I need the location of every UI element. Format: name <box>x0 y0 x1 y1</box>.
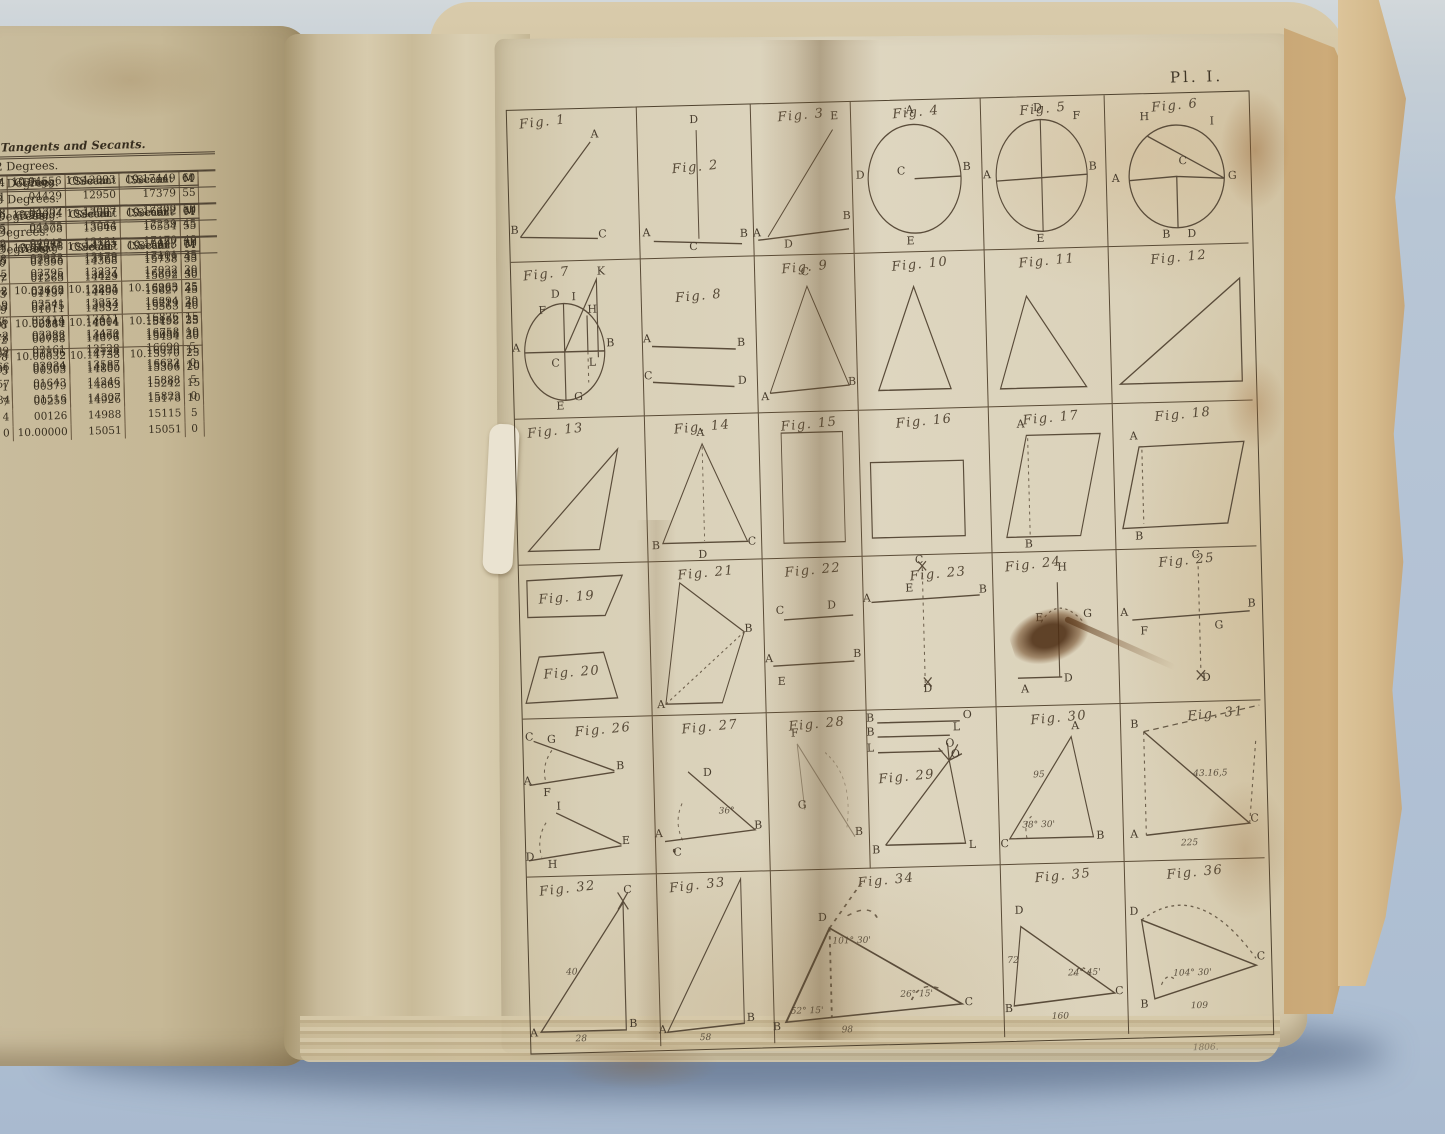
table-cell: 10 <box>185 391 204 407</box>
figure-cell-15: Fig. 15 <box>759 411 863 560</box>
figure-cell-19-20: Fig. 19Fig. 20 <box>519 562 653 719</box>
figure-cell-28: Fig. 28FGB <box>767 711 871 872</box>
fig-18-parallelogram-drawing <box>1113 400 1257 549</box>
table-cell: 15051 <box>126 422 186 439</box>
table-cell: 14614 <box>69 316 123 333</box>
fig-16-rectangle-drawing <box>859 407 992 555</box>
table-cell: 55 <box>181 252 200 268</box>
table-cell: 35 <box>183 314 202 330</box>
table-section-3deg: 3 Degrees. g.C. Tang.SecantC.SecantM 661… <box>0 187 217 225</box>
figure-cell-24: Fig. 24HEGAD <box>993 550 1121 707</box>
table-cell: 14863 <box>70 377 124 394</box>
table-cell: 00379 <box>12 378 70 395</box>
figure-cell-4: Fig. 4ADCBE <box>851 98 985 253</box>
table-cell: 25 <box>184 345 203 360</box>
table-cell: 14988 <box>71 408 125 425</box>
table-cell: 10.14738 <box>70 347 124 363</box>
torn-page-edge-outer <box>1338 0 1406 986</box>
fig-3-oblique-line-drawing <box>751 102 854 256</box>
fig-26-angles-drawing <box>523 716 656 876</box>
table-cell: 5 <box>185 406 204 422</box>
fig-12-right-triangle-drawing <box>1109 244 1253 404</box>
figure-cell-34: Fig. 34DBC101° 30'26° 15'52° 15'98 <box>771 865 1005 1043</box>
figure-cell-8: Fig. 8ABCD <box>641 256 759 416</box>
figure-cell-13: Fig. 13 <box>515 416 649 565</box>
tangents-secants-table: Tangents and Secants. 2 Degrees. g.C. Ta… <box>0 135 217 258</box>
table-cell: 6 <box>0 318 11 334</box>
table-cell: 15051 <box>72 423 126 440</box>
table-cell: 15242 <box>124 376 184 393</box>
fig-31-triangle-225-drawing <box>1121 700 1265 861</box>
table-body: 410.0151610.1430710.15823600013901436815… <box>0 237 205 442</box>
table-cell: 00505 <box>12 363 70 380</box>
figure-cell-25: Fig. 25CABFGD <box>1116 546 1260 704</box>
plate-number-label: Pl. I. <box>1170 67 1224 86</box>
table-cell: 1 <box>0 380 13 396</box>
figure-cell-35: Fig. 35DBC7224° 45'160 <box>1001 862 1129 1037</box>
fig-24-perpendicular-arc-drawing <box>993 550 1120 706</box>
table-cell: 10.00632 <box>12 349 70 365</box>
figure-cell-33: Fig. 33AB58 <box>657 871 775 1046</box>
table-cell: 7 <box>0 395 13 411</box>
figure-cell-9: Fig. 9CAB <box>755 254 859 414</box>
fig-1-angle-drawing <box>507 107 640 261</box>
photo-antique-book: Tangents and Secants. 2 Degrees. g.C. Ta… <box>0 0 1445 1134</box>
fig-36-oblique-triangle-109-drawing <box>1125 858 1269 1034</box>
table-cell: 0 <box>186 421 205 437</box>
fig-2-perpendicular-drawing <box>637 105 754 259</box>
fig-13-triangle-drawing <box>515 416 648 564</box>
engraver-mark: 1806. <box>1193 1043 1219 1054</box>
table-section-2deg: 2 Degrees. g.C. Tang.SecantC.SecantM 441… <box>0 154 216 192</box>
figure-cell-11: Fig. 11 <box>985 247 1113 407</box>
fig-9-triangle-drawing <box>755 254 858 413</box>
table-cell: 15115 <box>125 406 185 423</box>
figure-cell-14: Fig. 14ABCD <box>645 413 763 562</box>
table-cell: 15498 <box>123 314 183 331</box>
table-cell: 8 <box>0 350 12 365</box>
table-cell: 01263 <box>10 271 68 288</box>
fig-8-parallel-lines-drawing <box>641 256 758 415</box>
figure-cell-32: Fig. 32CAB4028 <box>527 874 661 1049</box>
table-cell: 10.15370 <box>124 346 184 362</box>
fig-23-bisector-drawing <box>863 553 996 709</box>
fig-30-triangle-95-drawing <box>997 704 1124 864</box>
figure-cell-30: Fig. 30ACB9538° 30' <box>997 704 1125 865</box>
table-cell: 20 <box>184 360 203 376</box>
figure-cell-1: Fig. 1ABC <box>507 107 641 262</box>
table-cell: 50 <box>182 267 201 283</box>
figure-cell-5: Fig. 5DFABE <box>981 95 1109 250</box>
table-cell: 30 <box>183 329 202 345</box>
table-cell: 15178 <box>125 391 185 408</box>
table-cell: 14552 <box>69 300 123 317</box>
table-cell: 4 <box>0 411 14 427</box>
fig-34-oblique-triangle-98-drawing <box>771 865 1004 1043</box>
fig-33-right-triangle-58-drawing <box>657 871 774 1046</box>
table-cell: 40 <box>183 298 202 314</box>
figure-cell-18: Fig. 18AB <box>1113 400 1257 550</box>
fig-21-quadrilateral-drawing <box>649 559 766 715</box>
geometry-plate: Pl. I. 1806. Fig. 1ABC Fig. 2DACB Fig. 3… <box>506 90 1274 1054</box>
fig-25-perpendicular-drawing <box>1116 546 1260 703</box>
table-cell: 01137 <box>10 286 68 303</box>
table-cell: 15627 <box>122 283 182 300</box>
table-cell: 15692 <box>122 268 182 285</box>
figure-cell-16: Fig. 16 <box>859 407 993 556</box>
fig-15-square-drawing <box>759 411 862 559</box>
table-cell: 00253 <box>13 394 71 411</box>
fig-29-triangle-construction-drawing <box>867 707 1000 867</box>
table-cell: 15563 <box>123 299 183 316</box>
table-cell: 2 <box>0 334 12 350</box>
table-cell: 14800 <box>70 362 124 379</box>
table-cell: 15306 <box>124 360 184 377</box>
table-cell: 14926 <box>71 392 125 409</box>
table-cell: 10.00000 <box>14 425 72 442</box>
fig-6-circle-sectors-drawing <box>1105 92 1249 247</box>
fig-11-triangle-drawing <box>985 247 1112 406</box>
figure-cell-26: Fig. 26CGAFBIDHE <box>523 716 657 877</box>
table-cell: 00884 <box>11 317 69 334</box>
table-cell: 45 <box>182 283 201 299</box>
table-cell: 9 <box>0 303 11 319</box>
figure-cell-31: Fig. 31BAC43.16,5225 <box>1121 700 1265 862</box>
plate-grid: Fig. 1ABC Fig. 2DACB Fig. 3EDAB Fig. 4AD… <box>506 90 1274 1054</box>
fig-5-circle-diameters-drawing <box>981 95 1108 249</box>
figure-cell-23: Fig. 23CEABD <box>863 553 997 710</box>
figure-cell-27: Fig. 27DBAC36° <box>653 713 771 874</box>
figure-cell-6: Fig. 6HIACGBD <box>1105 92 1249 248</box>
table-cell: 0 <box>0 426 14 442</box>
table-cell: 14429 <box>68 269 122 286</box>
table-cell: 15 <box>184 375 203 391</box>
table-cell: 00126 <box>13 409 71 426</box>
table-cell: 14676 <box>69 331 123 348</box>
fig-27-angle-36-drawing <box>653 713 770 873</box>
fig-32-right-triangle-28-drawing <box>527 874 660 1049</box>
table-cell: 15434 <box>123 329 183 346</box>
figure-cell-22: Fig. 22CDABE <box>763 557 867 714</box>
figure-cell-12: Fig. 12 <box>1109 244 1253 405</box>
table-cell: 00758 <box>11 332 69 349</box>
table-cell: 7 <box>0 272 10 288</box>
table-cell: 14490 <box>68 285 122 302</box>
table-cell: 01011 <box>11 301 69 318</box>
fig-35-oblique-triangle-160-drawing <box>1001 862 1128 1037</box>
figure-cell-29: Fig. 29BOBLLOOBL <box>867 707 1001 868</box>
table-cell: 3 <box>0 287 11 303</box>
figure-cell-7: Fig. 7KDIFHABCLGE <box>511 259 645 419</box>
fig-4-circle-radius-drawing <box>851 98 984 252</box>
table-cell: 0 <box>0 257 10 273</box>
figure-cell-21: Fig. 21AB <box>649 559 767 716</box>
fig-10-triangle-drawing <box>855 250 988 409</box>
table-section-4deg: Degrees. C. TangSecantC.SecantM 410.0151… <box>0 220 217 258</box>
fig-7-circle-tangent-drawing <box>511 259 644 418</box>
figure-cell-10: Fig. 10 <box>855 250 989 410</box>
figure-cell-3: Fig. 3EDAB <box>751 102 855 257</box>
fig-22-parallel-lines-drawing <box>763 557 866 713</box>
fig-14-triangle-altitude-drawing <box>645 413 762 561</box>
figure-cell-2: Fig. 2DACB <box>637 104 755 259</box>
fig-17-parallelogram-drawing <box>989 404 1116 552</box>
figure-cell-36: Fig. 36DBC104° 30'109 <box>1125 858 1269 1034</box>
figure-cell-17: Fig. 17AB <box>989 404 1117 553</box>
table-cell: 5 <box>0 364 12 380</box>
fig-28-construction-drawing <box>767 711 870 871</box>
fig-19-20-trapezoids-drawing <box>519 562 652 718</box>
